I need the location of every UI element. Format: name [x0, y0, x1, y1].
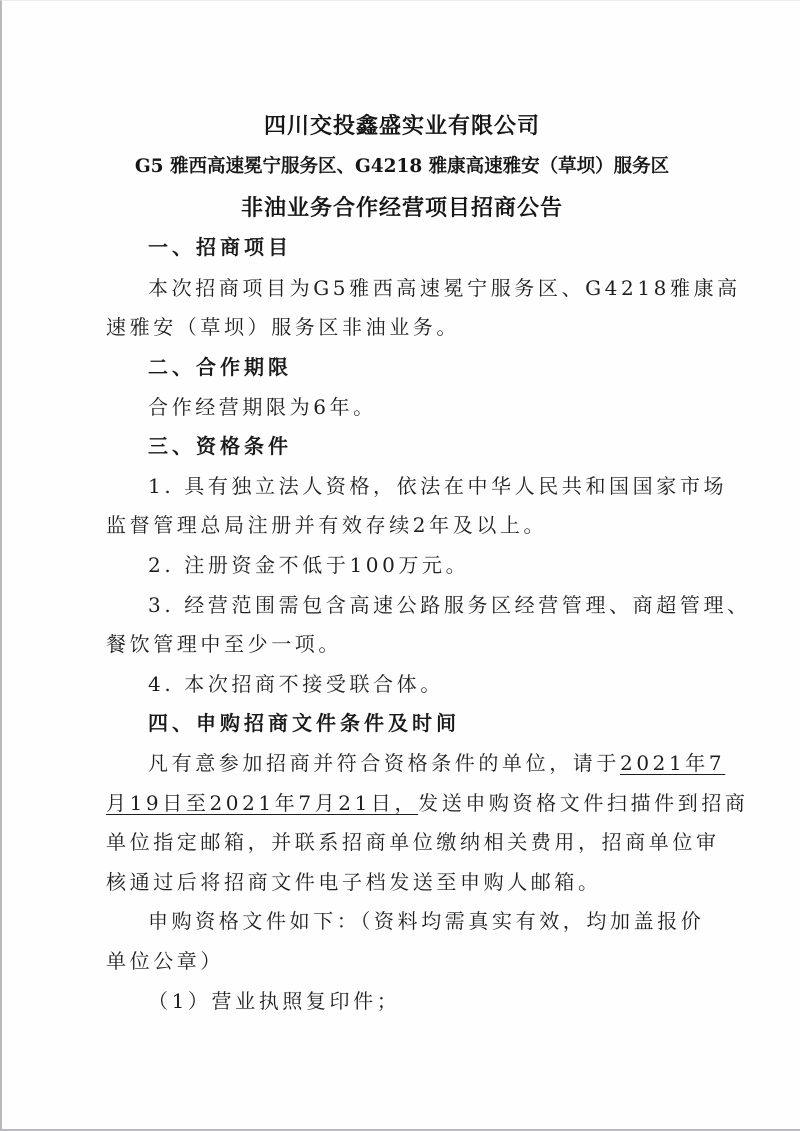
qualification-item-cont: 餐饮管理中至少一项。: [106, 632, 342, 656]
purchase-paragraph-line: 月19日至2021年7月21日，发送申购资格文件扫描件到招商: [106, 791, 749, 815]
document-page: 四川交投鑫盛实业有限公司 G5 雅西高速冕宁服务区、G4218 雅康高速雅安（草…: [0, 0, 800, 1131]
section-heading-term: 二、合作期限: [148, 355, 292, 379]
qualification-item: 1. 具有独立法人资格，依法在中华人民共和国国家市场: [148, 474, 727, 498]
company-name: 四川交投鑫盛实业有限公司: [2, 109, 800, 140]
purchase-date-start: 2021年7: [620, 751, 725, 775]
purchase-paragraph-line: 核通过后将招商文件电子档发送至申购人邮箱。: [106, 870, 602, 894]
qualification-item-cont: 监督管理总局注册并有效存续2年及以上。: [106, 513, 547, 537]
required-document-item: （1）营业执照复印件；: [148, 989, 400, 1013]
required-documents-intro-cont: 单位公章）: [106, 949, 224, 973]
section-heading-qualifications: 三、资格条件: [148, 434, 292, 458]
section-text: 合作经营期限为6年。: [148, 395, 377, 419]
announcement-title: 非油业务合作经营项目招商公告: [2, 191, 800, 222]
purchase-date-range: 月19日至2021年7月21日，: [106, 791, 418, 815]
required-documents-intro: 申购资格文件如下：（资料均需真实有效，均加盖报价: [148, 909, 704, 933]
purchase-text: 发送申购资格文件扫描件到招商: [418, 791, 748, 815]
qualification-item: 4. 本次招商不接受联合体。: [148, 672, 444, 696]
section-heading-project: 一、招商项目: [148, 235, 292, 259]
qualification-item: 2. 注册资金不低于100万元。: [148, 553, 469, 577]
section-text: 本次招商项目为G5雅西高速冕宁服务区、G4218雅康高: [148, 276, 741, 300]
purchase-paragraph-line: 单位指定邮箱，并联系招商单位缴纳相关费用，招商单位审: [106, 830, 720, 854]
purchase-paragraph-line: 凡有意参加招商并符合资格条件的单位，请于2021年7: [148, 751, 725, 775]
project-subtitle: G5 雅西高速冕宁服务区、G4218 雅康高速雅安（草坝）服务区: [2, 152, 800, 178]
qualification-item: 3. 经营范围需包含高速公路服务区经营管理、商超管理、: [148, 593, 751, 617]
section-text: 速雅安（草坝）服务区非油业务。: [106, 315, 460, 339]
section-heading-purchase: 四、申购招商文件条件及时间: [148, 711, 460, 735]
purchase-text: 凡有意参加招商并符合资格条件的单位，请于: [148, 751, 620, 775]
